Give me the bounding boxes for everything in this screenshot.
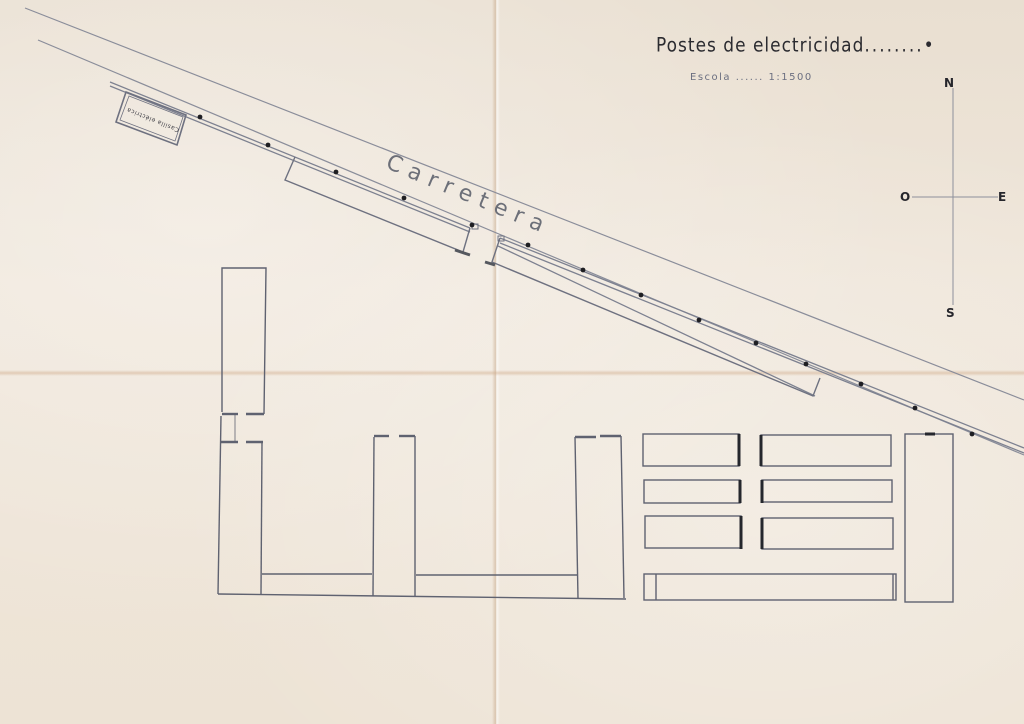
pole-marker (581, 268, 586, 273)
plot-west (285, 157, 478, 255)
electric-poles (198, 115, 975, 437)
pole-marker (859, 382, 864, 387)
pole-marker (402, 196, 407, 201)
compass-south-label: S (946, 306, 955, 320)
scale-leader: ...... (736, 72, 764, 83)
scale-label: Escola (690, 72, 731, 83)
pole-marker (334, 170, 339, 175)
shed (762, 518, 893, 549)
shed (762, 480, 892, 502)
shed (761, 435, 891, 466)
compass-east-label: E (998, 190, 1006, 204)
compass-rose (912, 88, 998, 305)
road-edge-south (38, 40, 1024, 455)
scale-value: 1:1500 (769, 72, 813, 83)
building-tall-west (222, 268, 266, 414)
shed-long (644, 574, 896, 600)
compass-west-label: O (900, 190, 910, 204)
plot-east (485, 236, 820, 396)
title-end-dot: • (924, 34, 935, 57)
title-leader: ........ (864, 34, 923, 57)
pole-marker (913, 406, 918, 411)
pole-marker (804, 362, 809, 367)
scale-note: Escola ...... 1:1500 (690, 72, 813, 83)
drawing-sheet: Postes de electricidad........• Escola .… (0, 0, 1024, 724)
pole-marker (198, 115, 203, 120)
pole-marker (470, 223, 475, 228)
shed (644, 480, 740, 503)
title-text: Postes de electricidad (656, 34, 864, 57)
drawing-title: Postes de electricidad........• (656, 34, 935, 57)
pole-marker (754, 341, 759, 346)
pole-marker (266, 143, 271, 148)
buildings (218, 268, 953, 602)
site-plan (0, 0, 1024, 724)
pole-marker (697, 318, 702, 323)
pole-marker (639, 293, 644, 298)
shed (643, 434, 739, 466)
compass-north-label: N (944, 76, 954, 90)
building-east (905, 434, 953, 602)
shed (645, 516, 741, 548)
pole-marker (526, 243, 531, 248)
pole-marker (970, 432, 975, 437)
